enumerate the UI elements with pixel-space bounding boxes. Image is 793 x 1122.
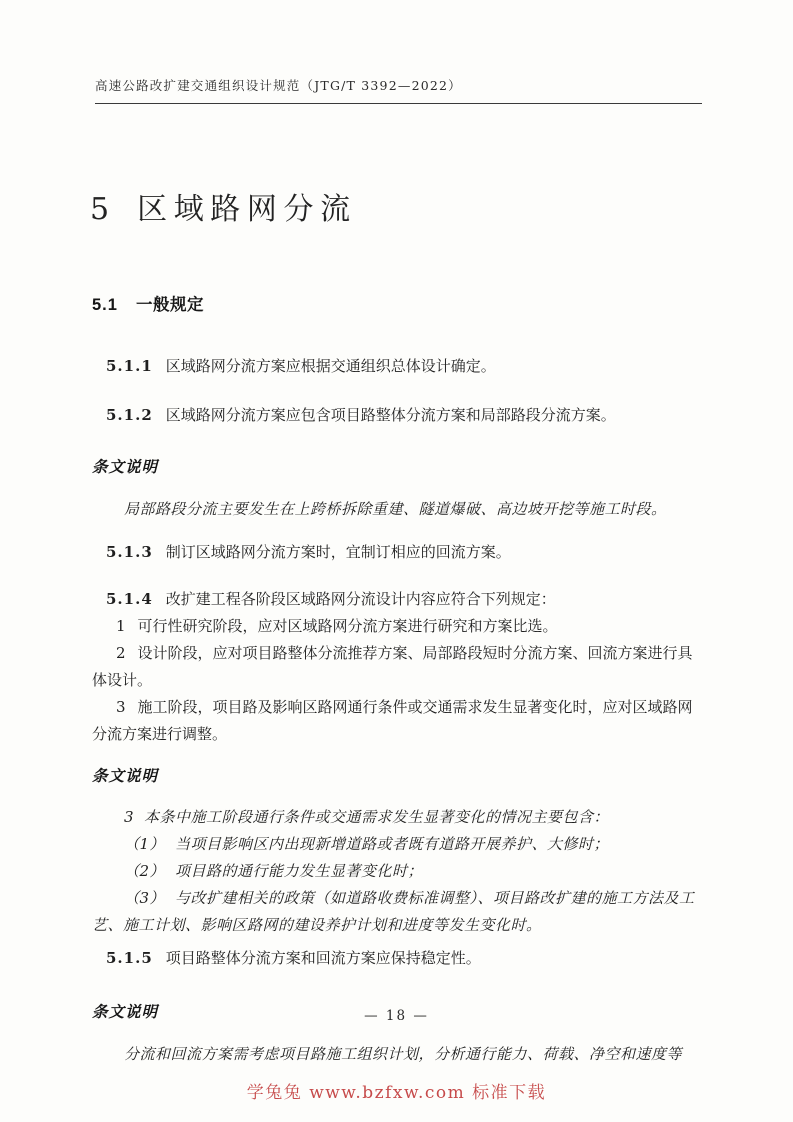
clause-5-1-4-item-1: 1可行性研究阶段，应对区域路网分流方案进行研究和方案比选。 [92, 613, 702, 640]
header-rule [95, 103, 702, 104]
item-text: 当项目影响区内出现新增道路或者既有道路开展养护、大修时； [175, 835, 609, 853]
commentary-heading-2: 条文说明 [92, 762, 702, 789]
clause-text: 项目路整体分流方案和回流方案应保持稳定性。 [166, 949, 481, 967]
document-page: 高速公路改扩建交通组织设计规范（JTG/T 3392—2022） 5区域路网分流… [0, 0, 793, 1122]
chapter-heading: 5区域路网分流 [90, 184, 793, 228]
section-number: 5.1 [92, 296, 118, 314]
commentary-text-3: 分流和回流方案需考虑项目路施工组织计划，分析通行能力、荷载、净空和速度等 [92, 1041, 702, 1068]
clause-5-1-4: 5.1.4改扩建工程各阶段区域路网分流设计内容应符合下列规定： [92, 586, 702, 613]
clause-number: 5.1.2 [106, 406, 153, 424]
item-text: 与改扩建相关的政策（如道路收费标准调整）、项目路改扩建的施工方法及工艺、施工计划… [92, 889, 695, 934]
clause-5-1-3: 5.1.3制订区域路网分流方案时，宜制订相应的回流方案。 [92, 539, 702, 566]
item-number: （2） [124, 862, 165, 880]
commentary-2-item-1: （1）当项目影响区内出现新增道路或者既有道路开展养护、大修时； [92, 831, 702, 858]
clause-number: 5.1.3 [106, 543, 153, 561]
section-title: 一般规定 [136, 296, 204, 314]
commentary-2-item-3: （3）与改扩建相关的政策（如道路收费标准调整）、项目路改扩建的施工方法及工艺、施… [92, 885, 702, 939]
clause-5-1-5: 5.1.5项目路整体分流方案和回流方案应保持稳定性。 [92, 945, 702, 972]
item-text: 本条中施工阶段通行条件或交通需求发生显著变化的情况主要包含： [144, 808, 609, 826]
item-number: 3 [116, 698, 126, 716]
clause-text: 区域路网分流方案应包含项目路整体分流方案和局部路段分流方案。 [166, 406, 616, 424]
commentary-2-item-2: （2）项目路的通行能力发生显著变化时； [92, 858, 702, 885]
running-header: 高速公路改扩建交通组织设计规范（JTG/T 3392—2022） [95, 0, 701, 94]
item-number: 3 [124, 808, 134, 826]
page-number: — 18 — [0, 1008, 793, 1024]
clause-5-1-2: 5.1.2区域路网分流方案应包含项目路整体分流方案和局部路段分流方案。 [92, 402, 702, 429]
clause-number: 5.1.4 [106, 590, 153, 608]
clause-5-1-1: 5.1.1区域路网分流方案应根据交通组织总体设计确定。 [92, 353, 702, 380]
item-number: 1 [116, 617, 126, 635]
item-text: 设计阶段，应对项目路整体分流推荐方案、局部路段短时分流方案、回流方案进行具体设计… [92, 644, 693, 689]
commentary-heading-1: 条文说明 [92, 453, 702, 480]
item-text: 可行性研究阶段，应对区域路网分流方案进行研究和方案比选。 [138, 617, 558, 635]
clause-number: 5.1.5 [106, 949, 153, 967]
page-content: 5.1一般规定 5.1.1区域路网分流方案应根据交通组织总体设计确定。 5.1.… [92, 292, 702, 1068]
commentary-text-1: 局部路段分流主要发生在上跨桥拆除重建、隧道爆破、高边坡开挖等施工时段。 [92, 496, 702, 523]
clause-text: 区域路网分流方案应根据交通组织总体设计确定。 [166, 357, 496, 375]
section-heading-5-1: 5.1一般规定 [92, 292, 702, 319]
chapter-number: 5 [90, 192, 109, 227]
clause-5-1-4-item-3: 3施工阶段，项目路及影响区路网通行条件或交通需求发生显著变化时，应对区域路网分流… [92, 694, 702, 748]
clause-text: 制订区域路网分流方案时，宜制订相应的回流方案。 [166, 543, 511, 561]
clause-5-1-4-item-2: 2设计阶段，应对项目路整体分流推荐方案、局部路段短时分流方案、回流方案进行具体设… [92, 640, 702, 694]
commentary-2-lead: 3本条中施工阶段通行条件或交通需求发生显著变化的情况主要包含： [92, 804, 702, 831]
item-text: 施工阶段，项目路及影响区路网通行条件或交通需求发生显著变化时，应对区域路网分流方… [92, 698, 693, 743]
clause-text: 改扩建工程各阶段区域路网分流设计内容应符合下列规定： [166, 590, 556, 608]
item-number: 2 [116, 644, 126, 662]
watermark-text: 学兔兔 www.bzfxw.com 标准下载 [0, 1078, 793, 1103]
item-number: （3） [124, 889, 165, 907]
clause-number: 5.1.1 [106, 357, 153, 375]
chapter-title: 区域路网分流 [137, 192, 357, 227]
item-number: （1） [124, 835, 165, 853]
item-text: 项目路的通行能力发生显著变化时； [175, 862, 423, 880]
